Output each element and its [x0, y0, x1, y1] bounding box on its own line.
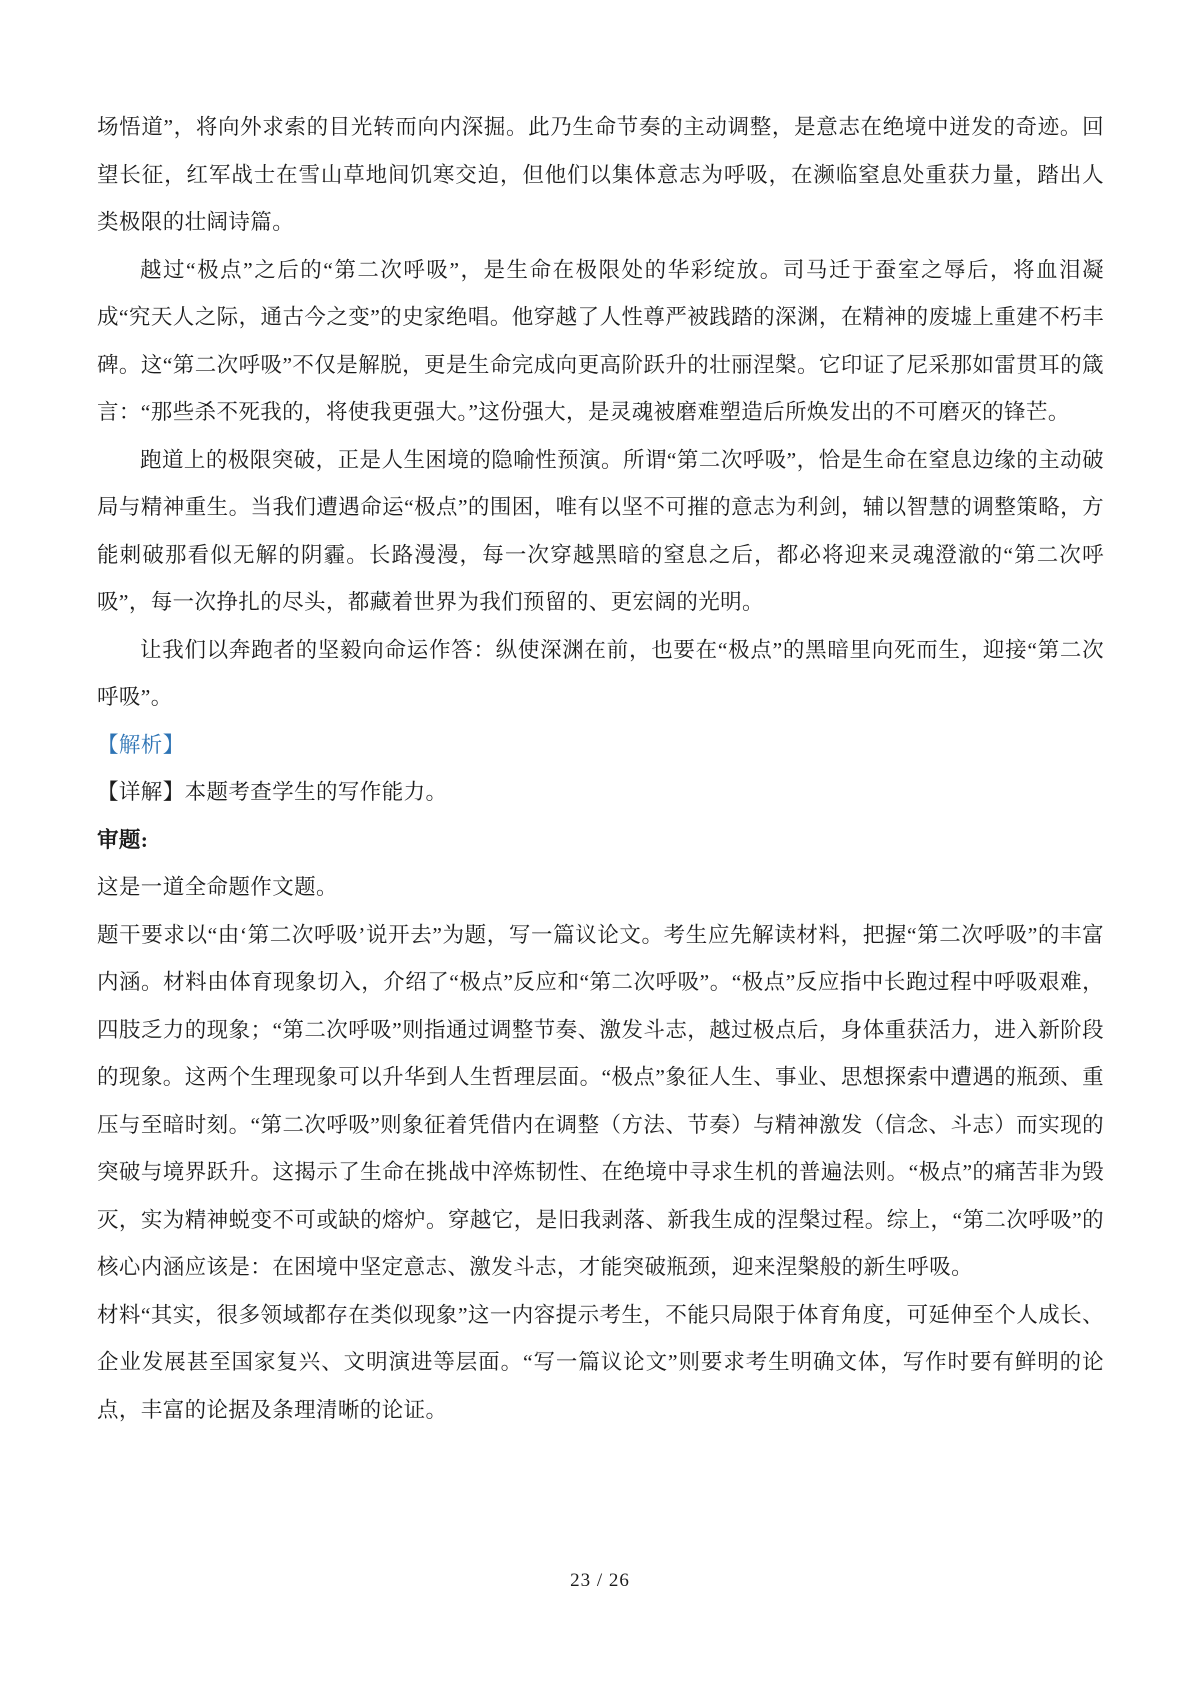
essay-paragraph: 跑道上的极限突破，正是人生困境的隐喻性预演。所谓“第二次呼吸”，恰是生命在窒息边…: [97, 437, 1104, 627]
page-number: 23 / 26: [0, 1570, 1200, 1592]
document-body: 场悟道”，将向外求索的目光转而向内深掘。此乃生命节奏的主动调整，是意志在绝境中迸…: [97, 104, 1104, 1434]
essay-paragraph: 让我们以奔跑者的坚毅向命运作答：纵使深渊在前，也要在“极点”的黑暗里向死而生，迎…: [97, 627, 1104, 722]
document-page: 场悟道”，将向外求索的目光转而向内深掘。此乃生命节奏的主动调整，是意志在绝境中迸…: [0, 0, 1200, 1697]
analysis-label: 【解析】: [97, 722, 1104, 770]
detail-explanation-paragraph: 【详解】本题考查学生的写作能力。: [97, 769, 1104, 817]
analysis-paragraph: 题干要求以“由‘第二次呼吸’说开去”为题，写一篇议论文。考生应先解读材料，把握“…: [97, 912, 1104, 1292]
analysis-paragraph: 这是一道全命题作文题。: [97, 864, 1104, 912]
analysis-paragraph: 材料“其实，很多领域都存在类似现象”这一内容提示考生，不能只局限于体育角度，可延…: [97, 1292, 1104, 1435]
essay-paragraph-continued: 场悟道”，将向外求索的目光转而向内深掘。此乃生命节奏的主动调整，是意志在绝境中迸…: [97, 104, 1104, 247]
section-heading-shenti: 审题:: [97, 817, 1104, 865]
essay-paragraph: 越过“极点”之后的“第二次呼吸”，是生命在极限处的华彩绽放。司马迁于蚕室之辱后，…: [97, 247, 1104, 437]
